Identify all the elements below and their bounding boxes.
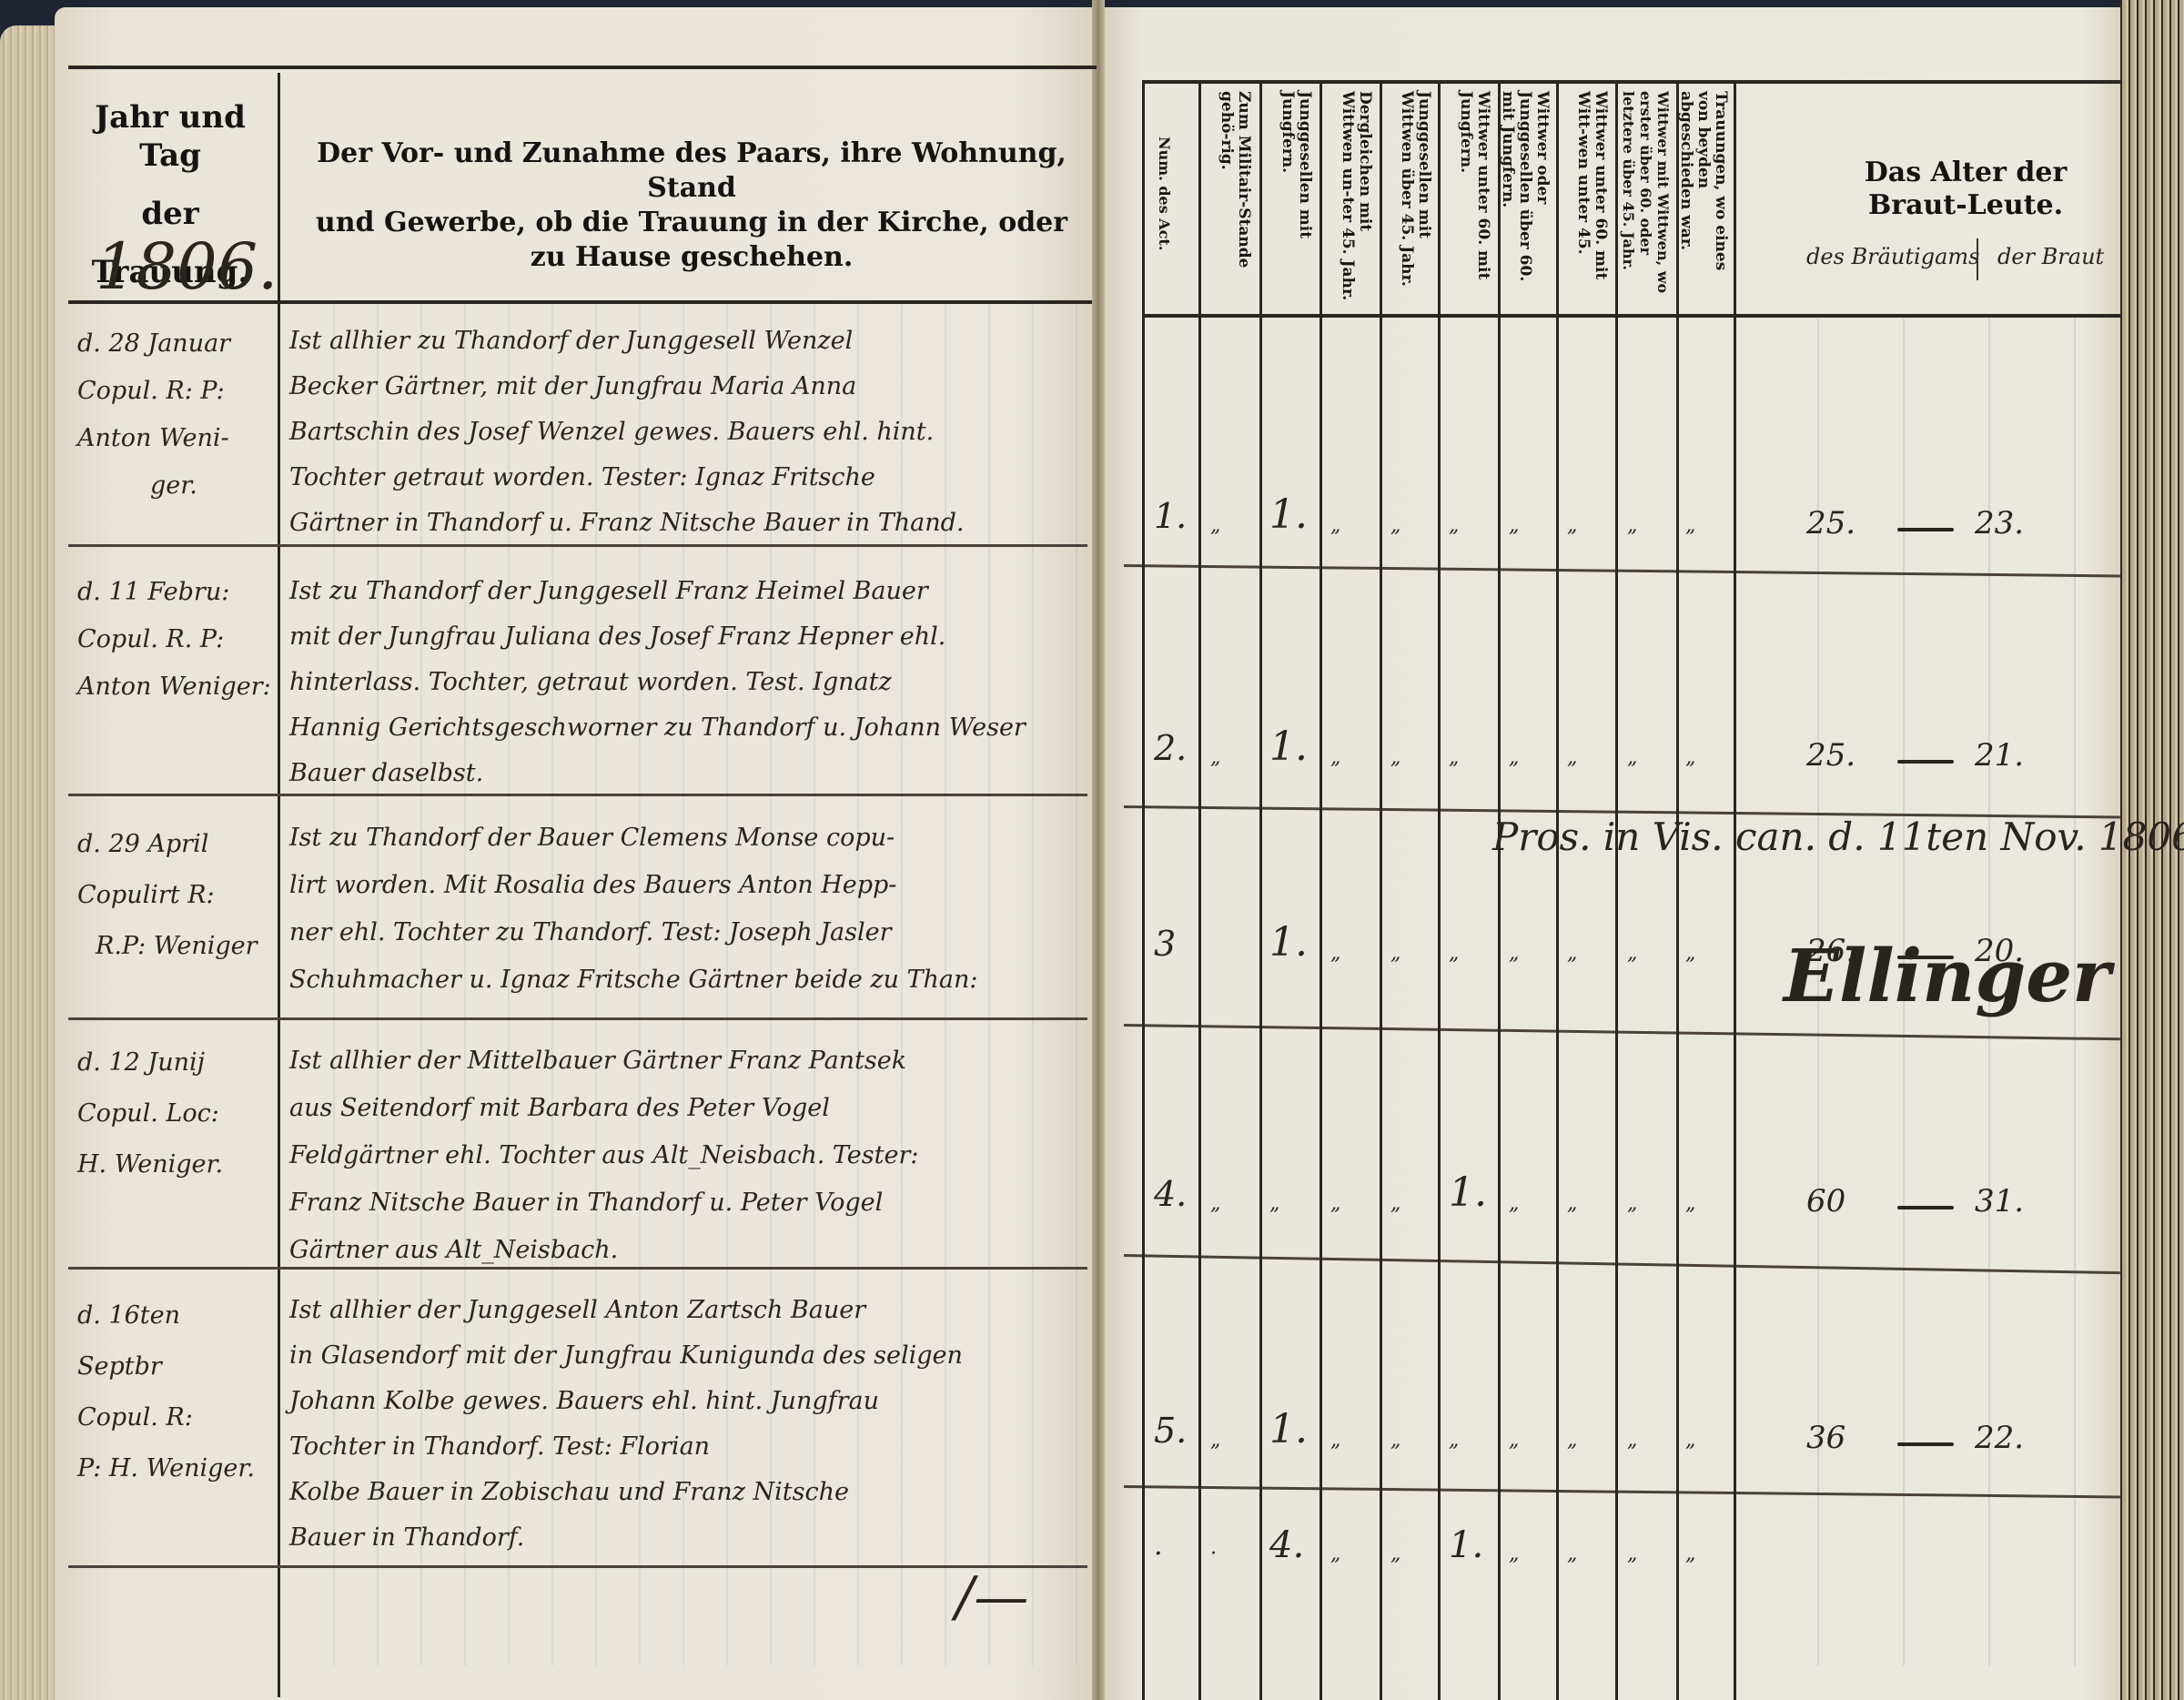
column-rule (1380, 80, 1382, 1700)
tally-mark: 1. (1269, 919, 1308, 966)
text-line: in Glasendorf mit der Jungfrau Kunigunda… (289, 1333, 963, 1379)
entry-date: d. 28 Januar Copul. R: P: Anton Weni- ge… (77, 320, 230, 510)
text-line: Tochter getraut worden. Tester: Ignaz Fr… (289, 455, 964, 501)
column-header-num: Num. des Act. (1156, 137, 1173, 300)
date-line: Copul. R: (77, 1392, 255, 1443)
tally-mark: „ (1685, 942, 1695, 965)
text-line: aus Seitendorf mit Barbara des Peter Vog… (289, 1085, 918, 1132)
age-header-title: Das Alter der Braut-Leute. (1811, 157, 2120, 222)
tally-mark: „ (1449, 1429, 1459, 1452)
total-mark: „ (1509, 1543, 1519, 1565)
act-number: 4. (1154, 1174, 1187, 1214)
row-divider (68, 1017, 1087, 1020)
tally-mark: „ (1567, 514, 1577, 537)
end-stroke-mark: /— (955, 1565, 1028, 1629)
date-line: d. 11 Febru: (77, 569, 271, 616)
text-line: Gärtner in Thandorf u. Franz Nitsche Bau… (289, 501, 964, 546)
column-rule (1319, 80, 1322, 1700)
book-gutter (1092, 0, 1105, 1700)
tally-mark: „ (1390, 514, 1400, 537)
tally-mark: „ (1627, 942, 1637, 965)
row-divider (68, 1565, 1087, 1568)
column-rule (1259, 80, 1262, 1700)
entry-text: Ist zu Thandorf der Junggesell Franz Hei… (289, 569, 1026, 796)
tally-mark: „ (1627, 514, 1637, 537)
tally-mark: „ (1685, 1192, 1695, 1215)
date-line: d. 29 April (77, 819, 258, 870)
bride-age: 23. (1975, 505, 2024, 541)
column-header-widowers-under60-widows: Wittwer unter 60. mit Witt-wen unter 45. (1562, 91, 1609, 305)
text-line: Hannig Gerichtsgeschworner zu Thandorf u… (289, 705, 1026, 751)
column-header-bachelors-widows-over45: Junggesellen mit Wittwen über 45. Jahr. (1385, 91, 1432, 305)
text-line: Ist zu Thandorf der Junggesell Franz Hei… (289, 569, 1026, 614)
tally-mark: „ (1449, 746, 1459, 769)
column-rule (1676, 80, 1679, 1700)
age-dash (1897, 760, 1954, 764)
bride-age: 21. (1975, 737, 2024, 774)
text-line: Kolbe Bauer in Zobischau und Franz Nitsc… (289, 1470, 963, 1515)
tally-mark: „ (1509, 1192, 1519, 1215)
column-header-military: Zum Militair-Stande gehö-rig. (1205, 91, 1252, 305)
tally-mark: „ (1330, 942, 1340, 965)
date-line: Copulirt R: (77, 870, 258, 921)
text-line: Schuhmacher u. Ignaz Fritsche Gärtner be… (289, 956, 978, 1004)
entry-text: Ist allhier zu Thandorf der Junggesell W… (289, 319, 964, 546)
date-line: P: H. Weniger. (77, 1443, 255, 1494)
text-line: Franz Nitsche Bauer in Thandorf u. Peter… (289, 1179, 918, 1227)
act-number: 3 (1154, 924, 1176, 964)
tally-mark: 1. (1269, 724, 1308, 770)
column-rule (1615, 80, 1618, 1700)
text-line: Bartschin des Josef Wenzel gewes. Bauers… (289, 410, 964, 455)
text-line: Tochter in Thandorf. Test: Florian (289, 1424, 963, 1470)
visitation-annotation: Pros. in Vis. can. d. 11ten Nov. 1806. (1492, 815, 2184, 859)
tally-mark: 1. (1269, 1406, 1308, 1452)
tally-mark: „ (1509, 1429, 1519, 1452)
date-line: d. 16ten (77, 1290, 255, 1341)
date-line: Septbr (77, 1341, 255, 1392)
column-rule (1438, 80, 1441, 1700)
tally-mark: „ (1567, 746, 1577, 769)
groom-age: 25. (1806, 737, 1855, 774)
text-line: Gärtner aus Alt_Neisbach. (289, 1227, 918, 1274)
column-header-widowers-over60-maidens: Wittwer oder Junggesellen über 60. mit J… (1503, 91, 1551, 305)
tally-mark: „ (1330, 1429, 1340, 1452)
text-line: Becker Gärtner, mit der Jungfrau Maria A… (289, 364, 964, 410)
tally-mark: „ (1330, 514, 1340, 537)
tally-mark: „ (1330, 746, 1340, 769)
tally-mark: „ (1509, 514, 1519, 537)
entry-date: d. 12 Junij Copul. Loc: H. Weniger. (77, 1037, 223, 1190)
tally-mark: „ (1627, 1192, 1637, 1215)
total-mark: „ (1685, 1543, 1695, 1565)
text-line: Ist zu Thandorf der Bauer Clemens Monse … (289, 815, 978, 862)
column-rule (1142, 80, 1145, 1700)
right-top-rule (1142, 80, 2120, 84)
column-rule (1734, 80, 1736, 1700)
column-header-bachelors-widows-under45: Dergleichen mit Wittwen un-ter 45. Jahr. (1326, 91, 1373, 305)
column-header-widowers-widows-over: Wittwer mit Wittwen, wo erster über 60. … (1621, 91, 1672, 305)
year-handwritten: 1806. (96, 229, 278, 304)
total-mark: · (1210, 1543, 1217, 1565)
tally-mark: „ (1509, 942, 1519, 965)
tally-mark: „ (1627, 1429, 1637, 1452)
text-line: Ist allhier der Mittelbauer Gärtner Fran… (289, 1037, 918, 1085)
tally-mark: „ (1685, 746, 1695, 769)
header-line: Jahr und Tag (66, 98, 275, 175)
tally-mark: „ (1685, 1429, 1695, 1452)
act-number: 5. (1154, 1411, 1187, 1451)
entry-date: d. 29 April Copulirt R: R.P: Weniger (77, 819, 258, 972)
tally-mark: 1. (1269, 491, 1308, 538)
tally-mark: „ (1330, 1192, 1340, 1215)
left-top-rule (68, 66, 1097, 69)
header-line: zu Hause geschehen. (291, 240, 1092, 275)
tally-mark: „ (1449, 514, 1459, 537)
text-line: mit der Jungfrau Juliana des Josef Franz… (289, 614, 1026, 660)
groom-age: 25. (1806, 505, 1855, 541)
tally-mark: „ (1210, 1429, 1220, 1452)
tally-mark: „ (1210, 514, 1220, 537)
tally-mark: 1. (1449, 1169, 1487, 1216)
tally-mark: „ (1390, 942, 1400, 965)
text-line: Bauer daselbst. (289, 751, 1026, 796)
text-line: lirt worden. Mit Rosalia des Bauers Anto… (289, 862, 978, 909)
column-rule (1198, 80, 1201, 1700)
tally-mark: „ (1567, 1192, 1577, 1215)
tally-mark: „ (1567, 1429, 1577, 1452)
tally-mark: „ (1627, 746, 1637, 769)
age-header-groom: des Bräutigams (1806, 244, 1979, 269)
header-line: der (66, 195, 275, 233)
act-number: 1. (1154, 496, 1187, 536)
tally-mark: „ (1509, 746, 1519, 769)
age-dash (1897, 1206, 1954, 1209)
text-line: Johann Kolbe gewes. Bauers ehl. hint. Ju… (289, 1379, 963, 1424)
entry-date: d. 16ten Septbr Copul. R: P: H. Weniger. (77, 1290, 255, 1494)
total-mark: 4. (1269, 1524, 1304, 1566)
tally-mark: „ (1269, 1192, 1279, 1215)
date-line: Copul. R: P: (77, 368, 230, 415)
tally-mark: „ (1449, 942, 1459, 965)
date-line: Anton Weniger: (77, 663, 271, 711)
date-line: d. 12 Junij (77, 1037, 223, 1088)
entry-text: Ist zu Thandorf der Bauer Clemens Monse … (289, 815, 978, 1004)
total-mark: „ (1330, 1543, 1340, 1565)
act-number: 2. (1154, 728, 1187, 768)
age-header-divider (1977, 238, 1978, 280)
header-line: Der Vor- und Zunahme des Paars, ihre Woh… (291, 137, 1092, 206)
column-header-bachelors-maidens: Junggesellen mit Jungfern. (1279, 91, 1313, 305)
bride-age: 31. (1975, 1183, 2024, 1219)
date-line: Copul. Loc: (77, 1088, 223, 1139)
entry-text: Ist allhier der Junggesell Anton Zartsch… (289, 1288, 963, 1561)
tally-mark: „ (1390, 1192, 1400, 1215)
column-header-widowers-under60-maidens: Wittwer unter 60. mit Jungfern. (1444, 91, 1491, 305)
date-line: d. 28 Januar (77, 320, 230, 368)
groom-age: 36 (1806, 1420, 1845, 1456)
date-line: Anton Weni- (77, 415, 230, 462)
date-line: Copul. R. P: (77, 616, 271, 663)
date-line: ger. (77, 462, 230, 510)
date-line: H. Weniger. (77, 1139, 223, 1190)
text-line: hinterlass. Tochter, getraut worden. Tes… (289, 660, 1026, 705)
text-line: Ist allhier zu Thandorf der Junggesell W… (289, 319, 964, 364)
text-line: Bauer in Thandorf. (289, 1515, 963, 1561)
tally-mark: „ (1685, 514, 1695, 537)
tally-mark: „ (1390, 1429, 1400, 1452)
date-line: R.P: Weniger (77, 921, 258, 972)
total-mark: „ (1567, 1543, 1577, 1565)
tally-mark: „ (1567, 942, 1577, 965)
column-rule (1556, 80, 1559, 1700)
tally-mark: „ (1210, 746, 1220, 769)
totals-label: · (1154, 1538, 1163, 1570)
groom-age: 60 (1806, 1183, 1845, 1219)
signature: Ellinger (1784, 933, 2110, 1018)
left-column-divider (278, 73, 280, 1697)
column-header-divorced: Trauungen, wo eines von beyden abgeschie… (1682, 91, 1729, 305)
entry-text: Ist allhier der Mittelbauer Gärtner Fran… (289, 1037, 918, 1274)
bride-age: 22. (1975, 1420, 2024, 1456)
total-mark: 1. (1449, 1524, 1483, 1566)
entry-date: d. 11 Febru: Copul. R. P: Anton Weniger: (77, 569, 271, 711)
column-rule (1498, 80, 1501, 1700)
tally-mark: „ (1390, 746, 1400, 769)
text-line: ner ehl. Tochter zu Thandorf. Test: Jose… (289, 909, 978, 956)
age-dash (1897, 1442, 1954, 1446)
age-dash (1897, 528, 1954, 531)
age-header-bride: der Braut (1997, 244, 2104, 269)
header-couple-column: Der Vor- und Zunahme des Paars, ihre Woh… (291, 137, 1092, 275)
tally-mark: „ (1210, 1192, 1220, 1215)
header-line: und Gewerbe, ob die Trauung in der Kirch… (291, 206, 1092, 240)
total-mark: „ (1390, 1543, 1400, 1565)
text-line: Feldgärtner ehl. Tochter aus Alt_Neisbac… (289, 1132, 918, 1179)
text-line: Ist allhier der Junggesell Anton Zartsch… (289, 1288, 963, 1333)
right-header-bottom-rule (1142, 314, 2120, 318)
total-mark: „ (1627, 1543, 1637, 1565)
